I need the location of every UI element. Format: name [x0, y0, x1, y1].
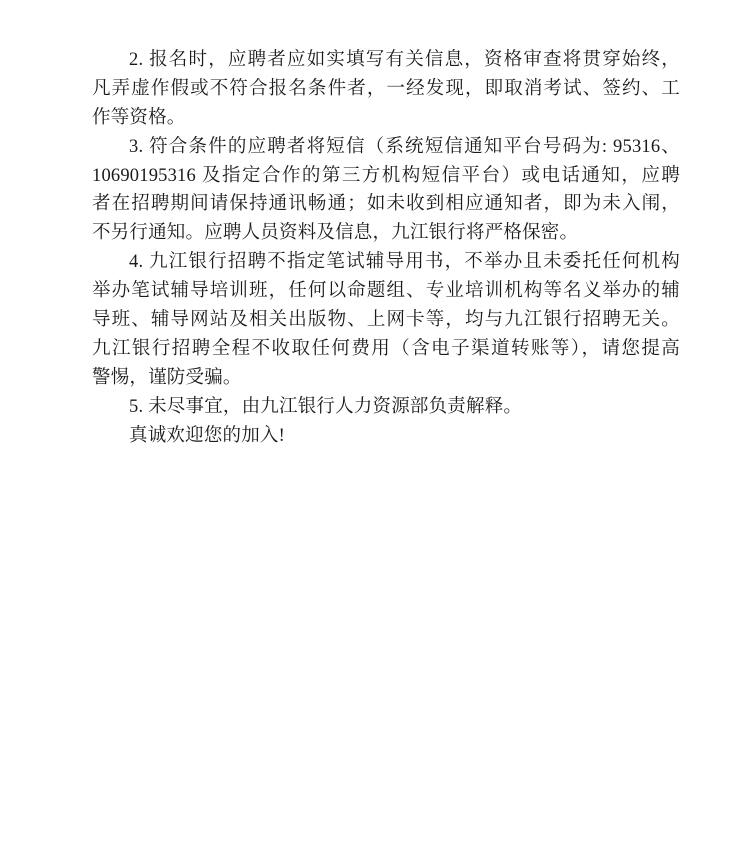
text-line: 九江银行招聘全程不收取任何费用（含电子渠道转账等），请您提高 — [92, 335, 680, 364]
text-line: 警惕，谨防受骗。 — [92, 364, 680, 393]
text-line: 举办笔试辅导培训班，任何以命题组、专业培训机构等名义举办的辅 — [92, 277, 680, 306]
text-line: 导班、辅导网站及相关出版物、上网卡等，均与九江银行招聘无关。 — [92, 306, 680, 335]
text-line: 凡弄虚作假或不符合报名条件者，一经发现，即取消考试、签约、工 — [92, 75, 680, 104]
text-line: 3. 符合条件的应聘者将短信（系统短信通知平台号码为: 95316、 — [92, 133, 680, 162]
paragraph-item-3: 3. 符合条件的应聘者将短信（系统短信通知平台号码为: 95316、 10690… — [92, 133, 680, 249]
text-line: 2. 报名时，应聘者应如实填写有关信息，资格审查将贯穿始终， — [92, 46, 680, 75]
text-line: 4. 九江银行招聘不指定笔试辅导用书，不举办且未委托任何机构 — [92, 248, 680, 277]
text-line: 者在招聘期间请保持通讯畅通；如未收到相应通知者，即为未入闱， — [92, 190, 680, 219]
document-body: 2. 报名时，应聘者应如实填写有关信息，资格审查将贯穿始终， 凡弄虚作假或不符合… — [92, 46, 680, 450]
paragraph-item-5: 5. 未尽事宜，由九江银行人力资源部负责解释。 — [92, 393, 680, 422]
paragraph-item-4: 4. 九江银行招聘不指定笔试辅导用书，不举办且未委托任何机构 举办笔试辅导培训班… — [92, 248, 680, 392]
paragraph-item-2: 2. 报名时，应聘者应如实填写有关信息，资格审查将贯穿始终， 凡弄虚作假或不符合… — [92, 46, 680, 133]
text-line: 5. 未尽事宜，由九江银行人力资源部负责解释。 — [92, 393, 680, 422]
text-line: 不另行通知。应聘人员资料及信息，九江银行将严格保密。 — [92, 219, 680, 248]
text-line: 10690195316 及指定合作的第三方机构短信平台）或电话通知，应聘 — [92, 162, 680, 191]
document-page: 2. 报名时，应聘者应如实填写有关信息，资格审查将贯穿始终， 凡弄虚作假或不符合… — [0, 0, 751, 849]
text-line: 真诚欢迎您的加入! — [92, 422, 680, 451]
text-line: 作等资格。 — [92, 104, 680, 133]
paragraph-closing: 真诚欢迎您的加入! — [92, 422, 680, 451]
